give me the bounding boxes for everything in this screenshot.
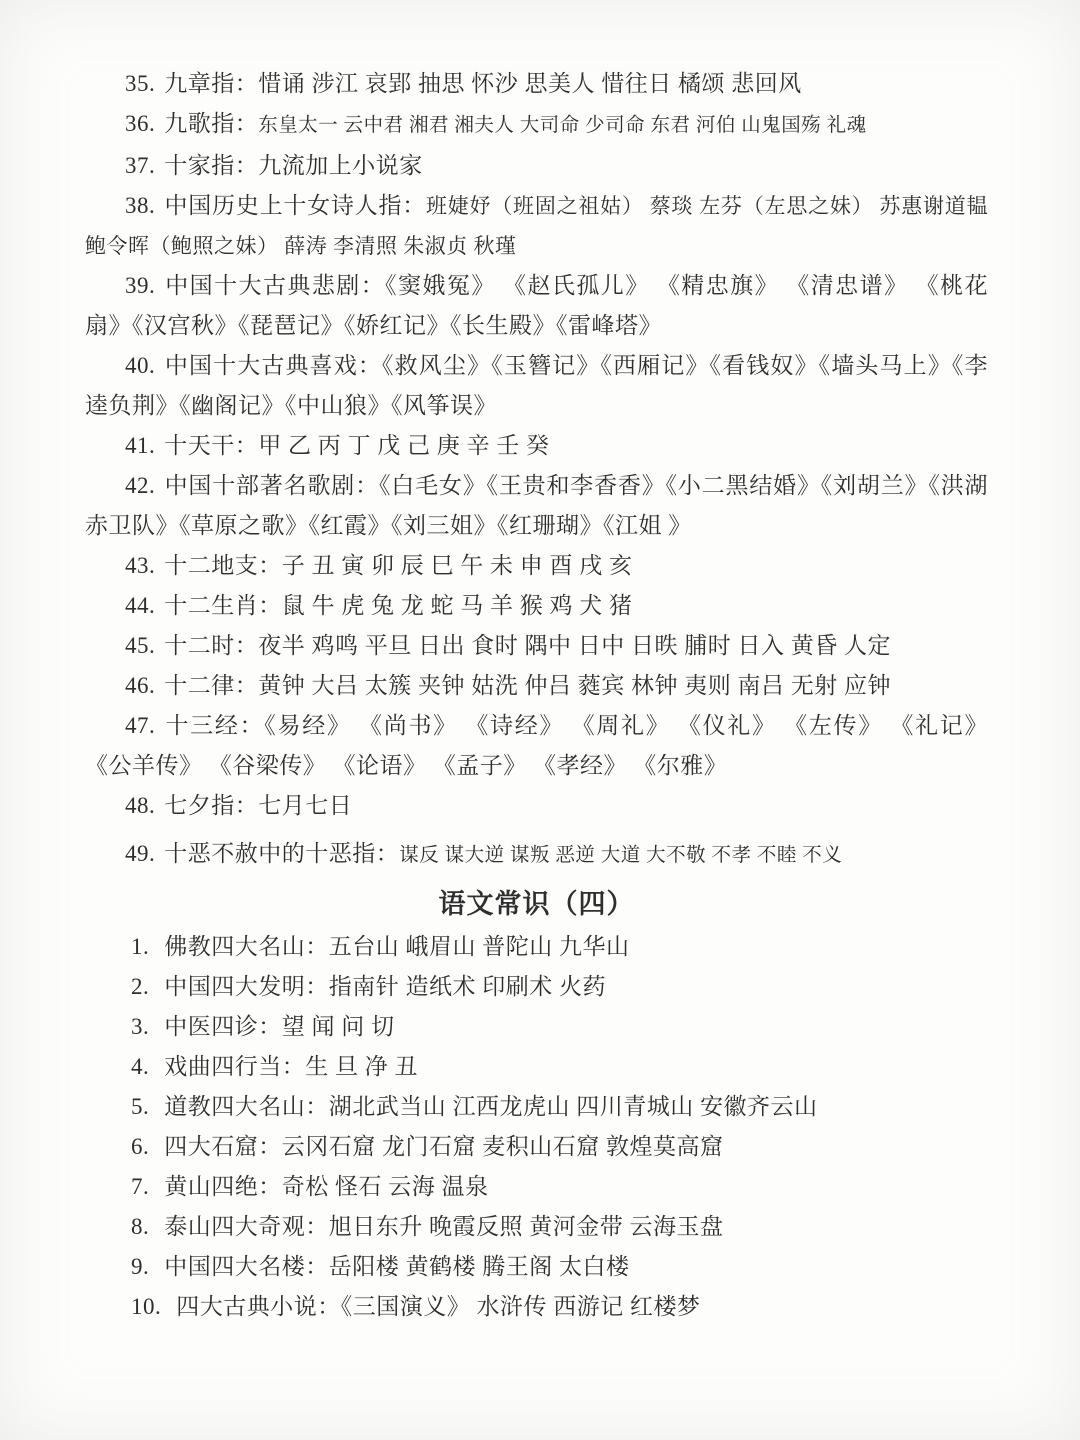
item-answer: 惜诵 涉江 哀郢 抽思 怀沙 思美人 惜往日 橘颂 悲回风: [258, 71, 802, 96]
item-number: 38.: [125, 193, 155, 218]
list-item: 40.中国十大古典喜戏：《救风尘》《玉簪记》《西厢记》《看钱奴》《墙头马上》《李…: [85, 346, 988, 426]
item-number: 39.: [125, 273, 155, 298]
item-answer: 九流加上小说家: [258, 153, 423, 178]
list-item: 5.道教四大名山：湖北武当山 江西龙虎山 四川青城山 安徽齐云山: [85, 1087, 988, 1127]
item-heading: 十二律：: [164, 673, 258, 698]
list-item: 37.十家指：九流加上小说家: [85, 146, 988, 186]
item-answer: 鼠 牛 虎 兔 龙 蛇 马 羊 猴 鸡 犬 猪: [282, 593, 633, 618]
document-page: 35.九章指：惜诵 涉江 哀郢 抽思 怀沙 思美人 惜往日 橘颂 悲回风 36.…: [0, 0, 1080, 1440]
item-heading: 十二生肖：: [164, 593, 282, 618]
item-answer: 指南针 造纸术 印刷术 火药: [329, 974, 606, 999]
item-number: 48.: [125, 793, 155, 818]
item-answer: 《三国演义》 水浒传 西游记 红楼梦: [341, 1294, 701, 1319]
item-number: 4.: [131, 1054, 149, 1079]
list-item: 3.中医四诊：望 闻 问 切: [85, 1007, 988, 1047]
item-number: 43.: [125, 553, 155, 578]
item-heading: 中国四大名楼：: [164, 1254, 329, 1279]
item-answer: 甲 乙 丙 丁 戊 己 庚 辛 壬 癸: [258, 433, 549, 458]
item-number: 1.: [131, 934, 149, 959]
item-heading: 中国十大古典喜戏：: [164, 353, 382, 378]
item-number: 8.: [131, 1214, 149, 1239]
item-answer: 奇松 怪石 云海 温泉: [282, 1174, 489, 1199]
item-answer: 旭日东升 晚霞反照 黄河金带 云海玉盘: [329, 1214, 724, 1239]
item-number: 36.: [125, 111, 155, 136]
list-item: 38.中国历史上十女诗人指：班婕妤（班固之祖姑） 蔡琰 左芬（左思之妹） 苏惠谢…: [85, 186, 988, 266]
item-heading: 十恶不赦中的十恶指：: [164, 841, 399, 866]
item-answer: 岳阳楼 黄鹤楼 腾王阁 太白楼: [329, 1254, 630, 1279]
item-number: 3.: [131, 1014, 149, 1039]
item-number: 6.: [131, 1134, 149, 1159]
item-answer: 夜半 鸡鸣 平旦 日出 食时 隅中 日中 日昳 脯时 日入 黄昏 人定: [258, 633, 891, 658]
clipped-character: 内: [848, 826, 857, 866]
list-item: 39.中国十大古典悲剧：《窦娥冤》 《赵氏孤儿》 《精忠旗》 《清忠谱》 《桃花…: [85, 266, 988, 346]
list-item: 7.黄山四绝：奇松 怪石 云海 温泉: [85, 1167, 988, 1207]
list-item: 9.中国四大名楼：岳阳楼 黄鹤楼 腾王阁 太白楼: [85, 1247, 988, 1287]
item-heading: 道教四大名山：: [164, 1094, 329, 1119]
item-heading: 中国十大古典悲剧：: [164, 273, 385, 298]
item-answer: 七月七日: [258, 793, 352, 818]
list-item: 46.十二律：黄钟 大吕 太簇 夹钟 姑洗 仲吕 蕤宾 林钟 夷则 南吕 无射 …: [85, 666, 988, 706]
item-answer: 子 丑 寅 卯 辰 巳 午 未 申 酉 戌 亥: [282, 553, 633, 578]
list-item: 45.十二时：夜半 鸡鸣 平旦 日出 食时 隅中 日中 日昳 脯时 日入 黄昏 …: [85, 626, 988, 666]
item-answer: 黄钟 大吕 太簇 夹钟 姑洗 仲吕 蕤宾 林钟 夷则 南吕 无射 应钟: [258, 673, 891, 698]
item-answer: 生 旦 净 丑: [305, 1054, 418, 1079]
list-item: 4.戏曲四行当：生 旦 净 丑: [85, 1047, 988, 1087]
item-heading: 七夕指：: [164, 793, 258, 818]
item-number: 44.: [125, 593, 155, 618]
list-item: 6.四大石窟：云冈石窟 龙门石窟 麦积山石窟 敦煌莫高窟: [85, 1127, 988, 1167]
list-item: 2.中国四大发明：指南针 造纸术 印刷术 火药: [85, 967, 988, 1007]
item-heading: 佛教四大名山：: [164, 934, 329, 959]
item-heading: 四大古典小说：: [176, 1294, 341, 1319]
item-heading: 戏曲四行当：: [164, 1054, 305, 1079]
item-number: 46.: [125, 673, 155, 698]
item-heading: 九歌指：: [164, 111, 258, 136]
list-item: 10.四大古典小说：《三国演义》 水浒传 西游记 红楼梦: [85, 1287, 988, 1327]
item-heading: 十天干：: [164, 433, 258, 458]
list-item: 47.十三经：《易经》 《尚书》 《诗经》 《周礼》 《仪礼》 《左传》 《礼记…: [85, 706, 988, 786]
list-item: 35.九章指：惜诵 涉江 哀郢 抽思 怀沙 思美人 惜往日 橘颂 悲回风: [85, 64, 988, 104]
item-heading: 十家指：: [164, 153, 258, 178]
item-number: 5.: [131, 1094, 149, 1119]
list-item: 49.十恶不赦中的十恶指：谋反 谋大逆 谋叛 恶逆 大道 大不敬 不孝 不睦 不…: [85, 826, 988, 876]
section-knowledge-list-4: 1.佛教四大名山：五台山 峨眉山 普陀山 九华山 2.中国四大发明：指南针 造纸…: [85, 927, 988, 1327]
item-heading: 中国历史上十女诗人指：: [164, 193, 426, 218]
section-knowledge-list-3: 35.九章指：惜诵 涉江 哀郢 抽思 怀沙 思美人 惜往日 橘颂 悲回风 36.…: [85, 64, 988, 876]
item-number: 10.: [131, 1294, 161, 1319]
item-number: 37.: [125, 153, 155, 178]
item-heading: 泰山四大奇观：: [164, 1214, 329, 1239]
item-heading: 十二时：: [164, 633, 258, 658]
item-heading: 中国四大发明：: [164, 974, 329, 999]
list-item: 8.泰山四大奇观：旭日东升 晚霞反照 黄河金带 云海玉盘: [85, 1207, 988, 1247]
item-number: 9.: [131, 1254, 149, 1279]
item-number: 45.: [125, 633, 155, 658]
item-number: 35.: [125, 71, 155, 96]
item-number: 40.: [125, 353, 155, 378]
section-title: 语文常识（四）: [85, 881, 988, 927]
item-answer: 谋反 谋大逆 谋叛 恶逆 大道 大不敬 不孝 不睦 不义: [399, 845, 847, 866]
item-number: 2.: [131, 974, 149, 999]
item-heading: 中医四诊：: [164, 1014, 282, 1039]
list-item: 48.七夕指：七月七日: [85, 786, 988, 826]
item-heading: 十三经：: [164, 713, 264, 738]
item-heading: 中国十部著名歌剧：: [164, 473, 379, 498]
item-heading: 九章指：: [164, 71, 258, 96]
item-answer: 云冈石窟 龙门石窟 麦积山石窟 敦煌莫高窟: [282, 1134, 724, 1159]
item-number: 49.: [125, 841, 155, 866]
list-item: 36.九歌指：东皇太一 云中君 湘君 湘夫人 大司命 少司命 东君 河伯 山鬼国…: [85, 104, 988, 146]
list-item: 42.中国十部著名歌剧：《白毛女》《王贵和李香香》《小二黑结婚》《刘胡兰》《洪湖…: [85, 466, 988, 546]
list-item: 41.十天干：甲 乙 丙 丁 戊 己 庚 辛 壬 癸: [85, 426, 988, 466]
item-answer: 湖北武当山 江西龙虎山 四川青城山 安徽齐云山: [329, 1094, 818, 1119]
item-number: 42.: [125, 473, 155, 498]
list-item: 1.佛教四大名山：五台山 峨眉山 普陀山 九华山: [85, 927, 988, 967]
item-heading: 十二地支：: [164, 553, 282, 578]
item-answer: 望 闻 问 切: [282, 1014, 395, 1039]
item-answer: 东皇太一 云中君 湘君 湘夫人 大司命 少司命 东君 河伯 山鬼国殇 礼魂: [258, 115, 866, 136]
item-heading: 四大石窟：: [164, 1134, 282, 1159]
item-number: 47.: [125, 713, 155, 738]
item-answer: 五台山 峨眉山 普陀山 九华山: [329, 934, 630, 959]
list-item: 43.十二地支：子 丑 寅 卯 辰 巳 午 未 申 酉 戌 亥: [85, 546, 988, 586]
item-number: 7.: [131, 1174, 149, 1199]
list-item: 44.十二生肖：鼠 牛 虎 兔 龙 蛇 马 羊 猴 鸡 犬 猪: [85, 586, 988, 626]
item-heading: 黄山四绝：: [164, 1174, 282, 1199]
item-number: 41.: [125, 433, 155, 458]
